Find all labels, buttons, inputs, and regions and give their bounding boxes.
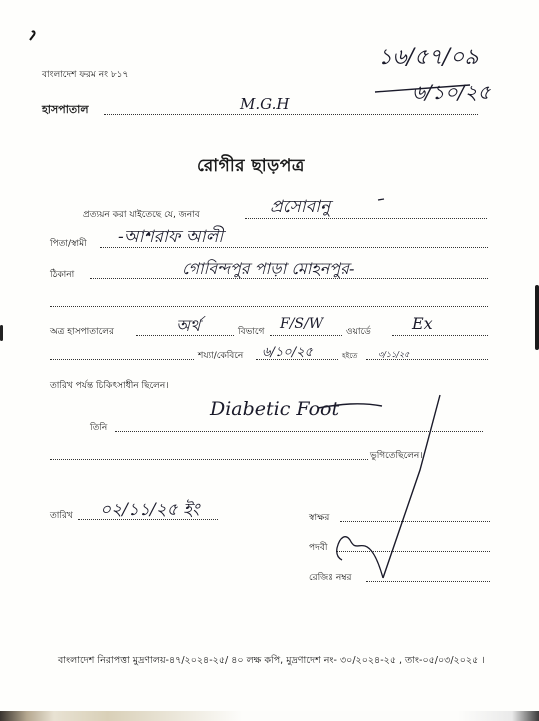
department-value: অর্থ <box>176 313 200 340</box>
page-title: রোগীর ছাড়পত্র <box>197 153 305 181</box>
suffering-label: ভুগিতেছিলেন। <box>370 448 423 463</box>
father-husband-value: -আশরাফ আলী <box>118 224 223 252</box>
ward-line <box>270 335 342 336</box>
hospital-label: হাসপাতাল <box>42 101 89 120</box>
address-label: ঠিকানা <box>50 267 74 282</box>
discharge-certificate-page: বাংলাদেশ ফরম নং ৮১৭ ১৬/৫৭/০৯ ৬/১০/২৫ হাস… <box>0 0 539 721</box>
diagnosis-line <box>115 431 483 432</box>
date-value: ০২/১১/২৫ ইং <box>100 497 199 525</box>
reg-number-line <box>366 581 490 582</box>
treated-until-label: তারিখ পর্যন্ত চিকিৎসাধীন ছিলেন। <box>50 378 168 393</box>
handwritten-ref-date: ৬/১০/২৫ <box>412 78 490 111</box>
to-date-value: ৩/১১/২৫ <box>378 349 409 362</box>
bed-number-line <box>50 359 194 360</box>
from-date-value: ৬/১০/২৫ <box>262 343 313 364</box>
designation-label: পদবী <box>309 540 327 555</box>
department-suffix: বিভাগে <box>238 324 264 339</box>
father-husband-label: পিতা/স্বামী <box>50 236 87 251</box>
page-bottom-background <box>0 711 539 721</box>
handwritten-ref-number: ১৬/৫৭/০৯ <box>378 40 479 77</box>
he-she-label: তিনি <box>90 420 107 435</box>
from-label: হইতে <box>342 350 357 362</box>
printer-footer: বাংলাদেশ নিরাপত্তা মুদ্রণালয়-৪৭/২০২৪-২৫… <box>58 654 485 669</box>
bed-cabin-label: শয্যা/কেবিনে <box>198 348 243 363</box>
bed-line <box>392 335 488 336</box>
signature-label: স্বাক্ষর <box>309 510 329 525</box>
page-edge-shadow <box>535 285 539 350</box>
reg-number-label: রেজিঃ নম্বর <box>309 570 352 585</box>
hospital-dept-label: অত্র হাসপাতালের <box>50 324 114 339</box>
address-line-2 <box>50 306 488 307</box>
address-value: গোবিন্দপুর পাড়া মোহনপুর- <box>182 256 354 283</box>
diagnosis-line-2 <box>50 459 368 460</box>
ward-value: F/S/W <box>280 316 323 332</box>
page-edge-mark <box>0 325 3 341</box>
bed-value: Ex <box>412 314 433 333</box>
hospital-value: M.G.H <box>240 95 289 113</box>
certify-label: প্রত্যয়ন করা যাইতেছে যে, জনাব <box>83 207 200 222</box>
hospital-field-line <box>104 114 478 115</box>
patient-name-value: প্রসোবানু <box>270 194 330 222</box>
form-number: বাংলাদেশ ফরম নং ৮১৭ <box>42 67 128 82</box>
designation-line <box>336 551 490 552</box>
date-label: তারিখ <box>50 508 73 523</box>
signature-line <box>340 521 490 522</box>
diagnosis-value: Diabetic Foot <box>210 398 339 420</box>
ward-suffix: ওয়ার্ডে <box>346 324 371 339</box>
